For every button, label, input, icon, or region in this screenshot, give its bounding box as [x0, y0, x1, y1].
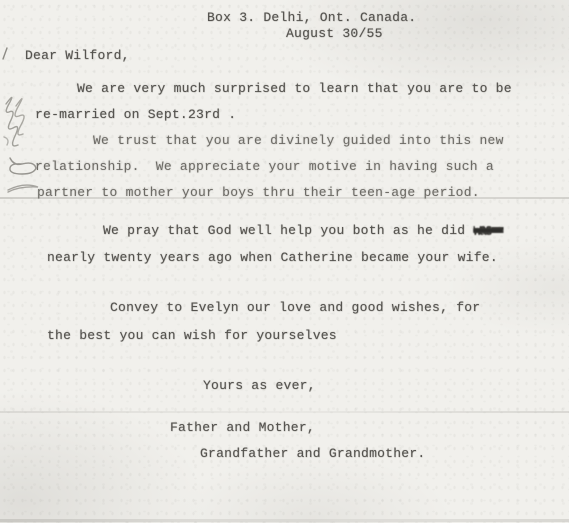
body-line: We trust that you are divinely guided in…: [93, 133, 504, 148]
body-line: Convey to Evelyn our love and good wishe…: [110, 300, 480, 315]
body-line: nearly twenty years ago when Catherine b…: [47, 250, 498, 265]
letter-scan-page: Box 3. Delhi, Ont. Canada. August 30/55 …: [0, 0, 569, 523]
body-line: We are very much surprised to learn that…: [77, 81, 512, 96]
return-address-line: Box 3. Delhi, Ont. Canada.: [207, 10, 416, 25]
body-line: We pray that God well help you both as h…: [103, 223, 502, 238]
signature-line: Grandfather and Grandmother.: [200, 446, 425, 461]
body-line: partner to mother your boys thru their t…: [37, 185, 480, 200]
body-line: relationship. We appreciate your motive …: [35, 159, 494, 174]
struck-out-word: was==: [473, 223, 502, 238]
body-line: re-married on Sept.23rd .: [35, 107, 236, 122]
closing-line: Yours as ever,: [203, 378, 316, 393]
date-line: August 30/55: [286, 26, 383, 41]
signature-line: Father and Mother,: [170, 420, 315, 435]
body-line-text: We pray that God well help you both as h…: [103, 223, 465, 238]
salutation-line: Dear Wilford,: [25, 48, 130, 63]
body-line: the best you can wish for yourselves: [47, 328, 337, 343]
paper-crease-line: [0, 519, 569, 522]
paper-crease-line: [0, 411, 569, 413]
